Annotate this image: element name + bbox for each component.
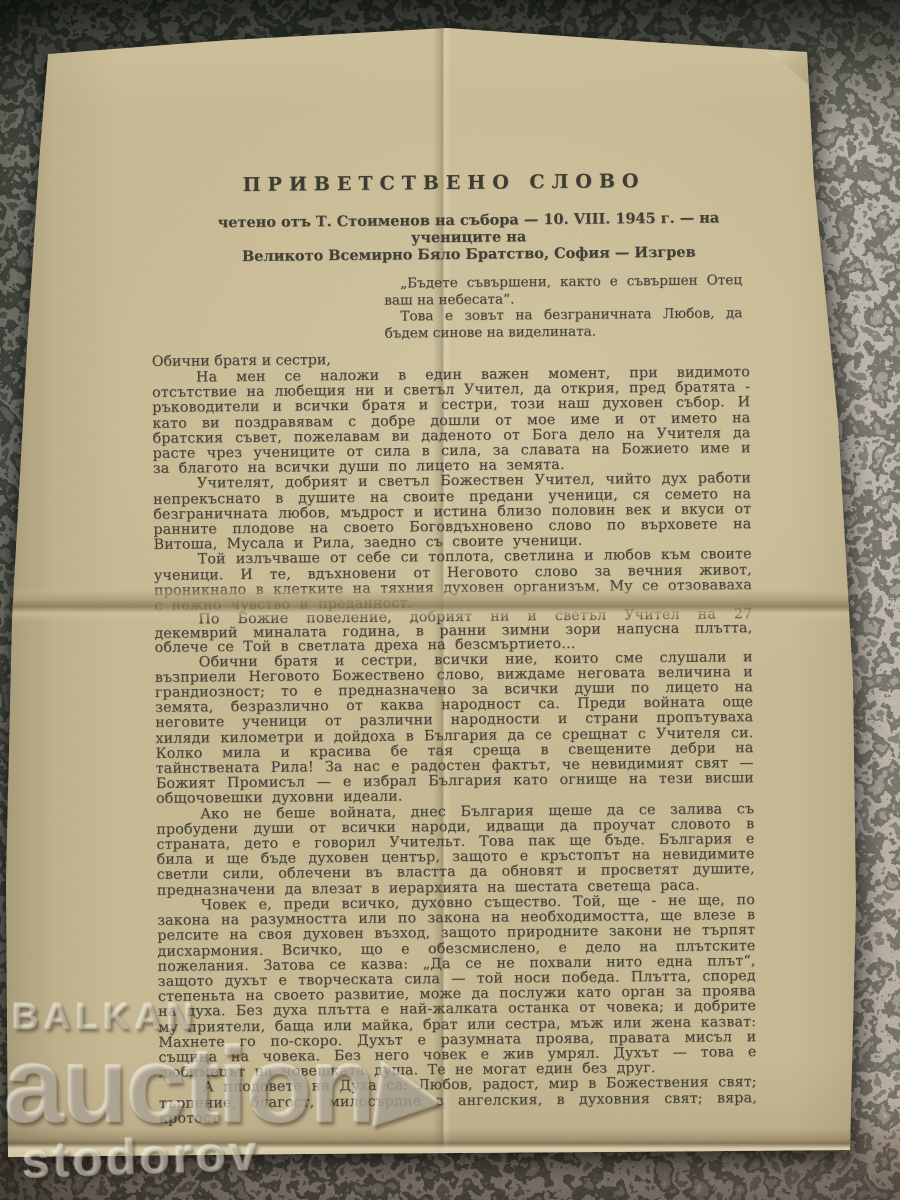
bottom-fold-edge [0, 1128, 900, 1158]
paragraph-1: На мен се наложи в един важен момент, пр… [152, 365, 751, 477]
epigraph-quote: „Бъдете съвършени, както е съвършен Отец… [384, 272, 742, 308]
epigraph: „Бъдете съвършени, както е съвършен Отец… [384, 272, 743, 341]
paragraph-6: Ако не беше войната, днес България щеше … [156, 802, 755, 899]
horizontal-fold-crease [0, 590, 900, 622]
paper-shadow: ПРИВЕТСТВЕНО СЛОВО четено отъ Т. Стоимен… [0, 0, 900, 1200]
paragraph-8: А плодовете на Духа са: Любов, радост, м… [159, 1075, 757, 1126]
document-text: ПРИВЕТСТВЕНО СЛОВО четено отъ Т. Стоимен… [150, 169, 757, 1127]
paragraph-2: Учителят, добрият и светъл Божествен Учи… [153, 472, 752, 554]
epigraph-comment: Това е зовът на безграничната Любов, да … [384, 305, 742, 341]
subtitle-line-1: четено отъ Т. Стоименов на събора — 10. … [188, 209, 748, 248]
paragraph-7: Човек е, преди всичко, духовно същество.… [157, 893, 757, 1081]
paragraph-5: Обични братя и сестри, всички ние, които… [155, 650, 754, 808]
document-paper: ПРИВЕТСТВЕНО СЛОВО четено отъ Т. Стоимен… [0, 0, 900, 1200]
auction-photo: ПРИВЕТСТВЕНО СЛОВО четено отъ Т. Стоимен… [0, 0, 900, 1200]
document-title: ПРИВЕТСТВЕНО СЛОВО [150, 169, 748, 197]
document-subtitle: четено отъ Т. Стоименов на събора — 10. … [150, 209, 748, 266]
